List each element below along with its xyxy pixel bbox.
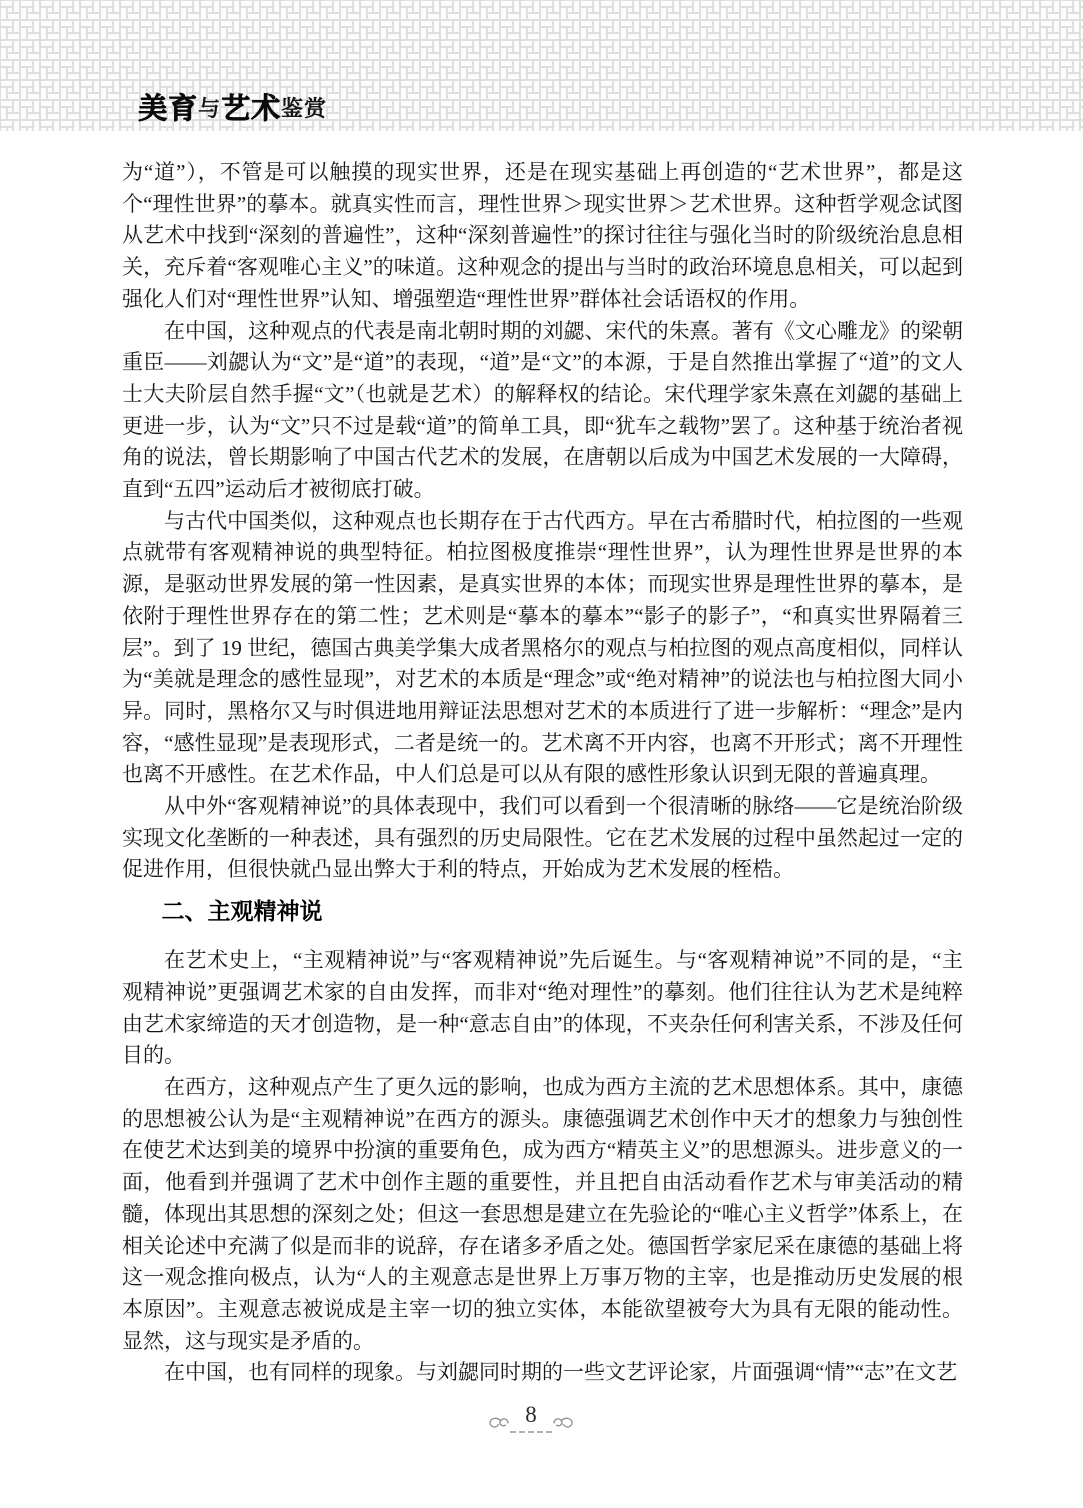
logo-segment-meiyu: 美育	[138, 91, 198, 125]
page-body: 为“道”），不管是可以触摸的现实世界，还是在现实基础上再创造的“艺术世界”，都是…	[122, 157, 963, 1389]
logo-segment-yu: 与	[198, 97, 221, 122]
section-heading: 二、主观精神说	[122, 896, 963, 928]
logo-segment-yishu: 艺术	[221, 91, 281, 125]
logo-segment-jianshang: 鉴赏	[281, 97, 327, 122]
body-paragraph: 与古代中国类似，这种观点也长期存在于古代西方。早在古希腊时代，柏拉图的一些观点就…	[122, 506, 963, 791]
book-title-logo: 美育与艺术鉴赏	[138, 86, 327, 127]
page-number: 8	[525, 1402, 537, 1427]
header-band: 美育与艺术鉴赏	[0, 0, 1083, 131]
flourish-left-icon	[487, 1416, 509, 1430]
page-footer: 8	[487, 1402, 575, 1440]
dashed-divider	[510, 1431, 552, 1433]
body-paragraph: 为“道”），不管是可以触摸的现实世界，还是在现实基础上再创造的“艺术世界”，都是…	[122, 157, 963, 316]
book-page: 美育与艺术鉴赏 为“道”），不管是可以触摸的现实世界，还是在现实基础上再创造的“…	[0, 0, 1083, 1508]
body-paragraph: 在中国，也有同样的现象。与刘勰同时期的一些文艺评论家，片面强调“情”“志”在文艺	[122, 1357, 963, 1389]
flourish-right-icon	[553, 1416, 575, 1430]
body-paragraph: 在艺术史上，“主观精神说”与“客观精神说”先后诞生。与“客观精神说”不同的是，“…	[122, 945, 963, 1072]
body-paragraph: 从中外“客观精神说”的具体表现中，我们可以看到一个很清晰的脉络——它是统治阶级实…	[122, 791, 963, 886]
body-paragraph: 在西方，这种观点产生了更久远的影响，也成为西方主流的艺术思想体系。其中，康德的思…	[122, 1072, 963, 1357]
body-paragraph: 在中国，这种观点的代表是南北朝时期的刘勰、宋代的朱熹。著有《文心雕龙》的梁朝重臣…	[122, 316, 963, 506]
